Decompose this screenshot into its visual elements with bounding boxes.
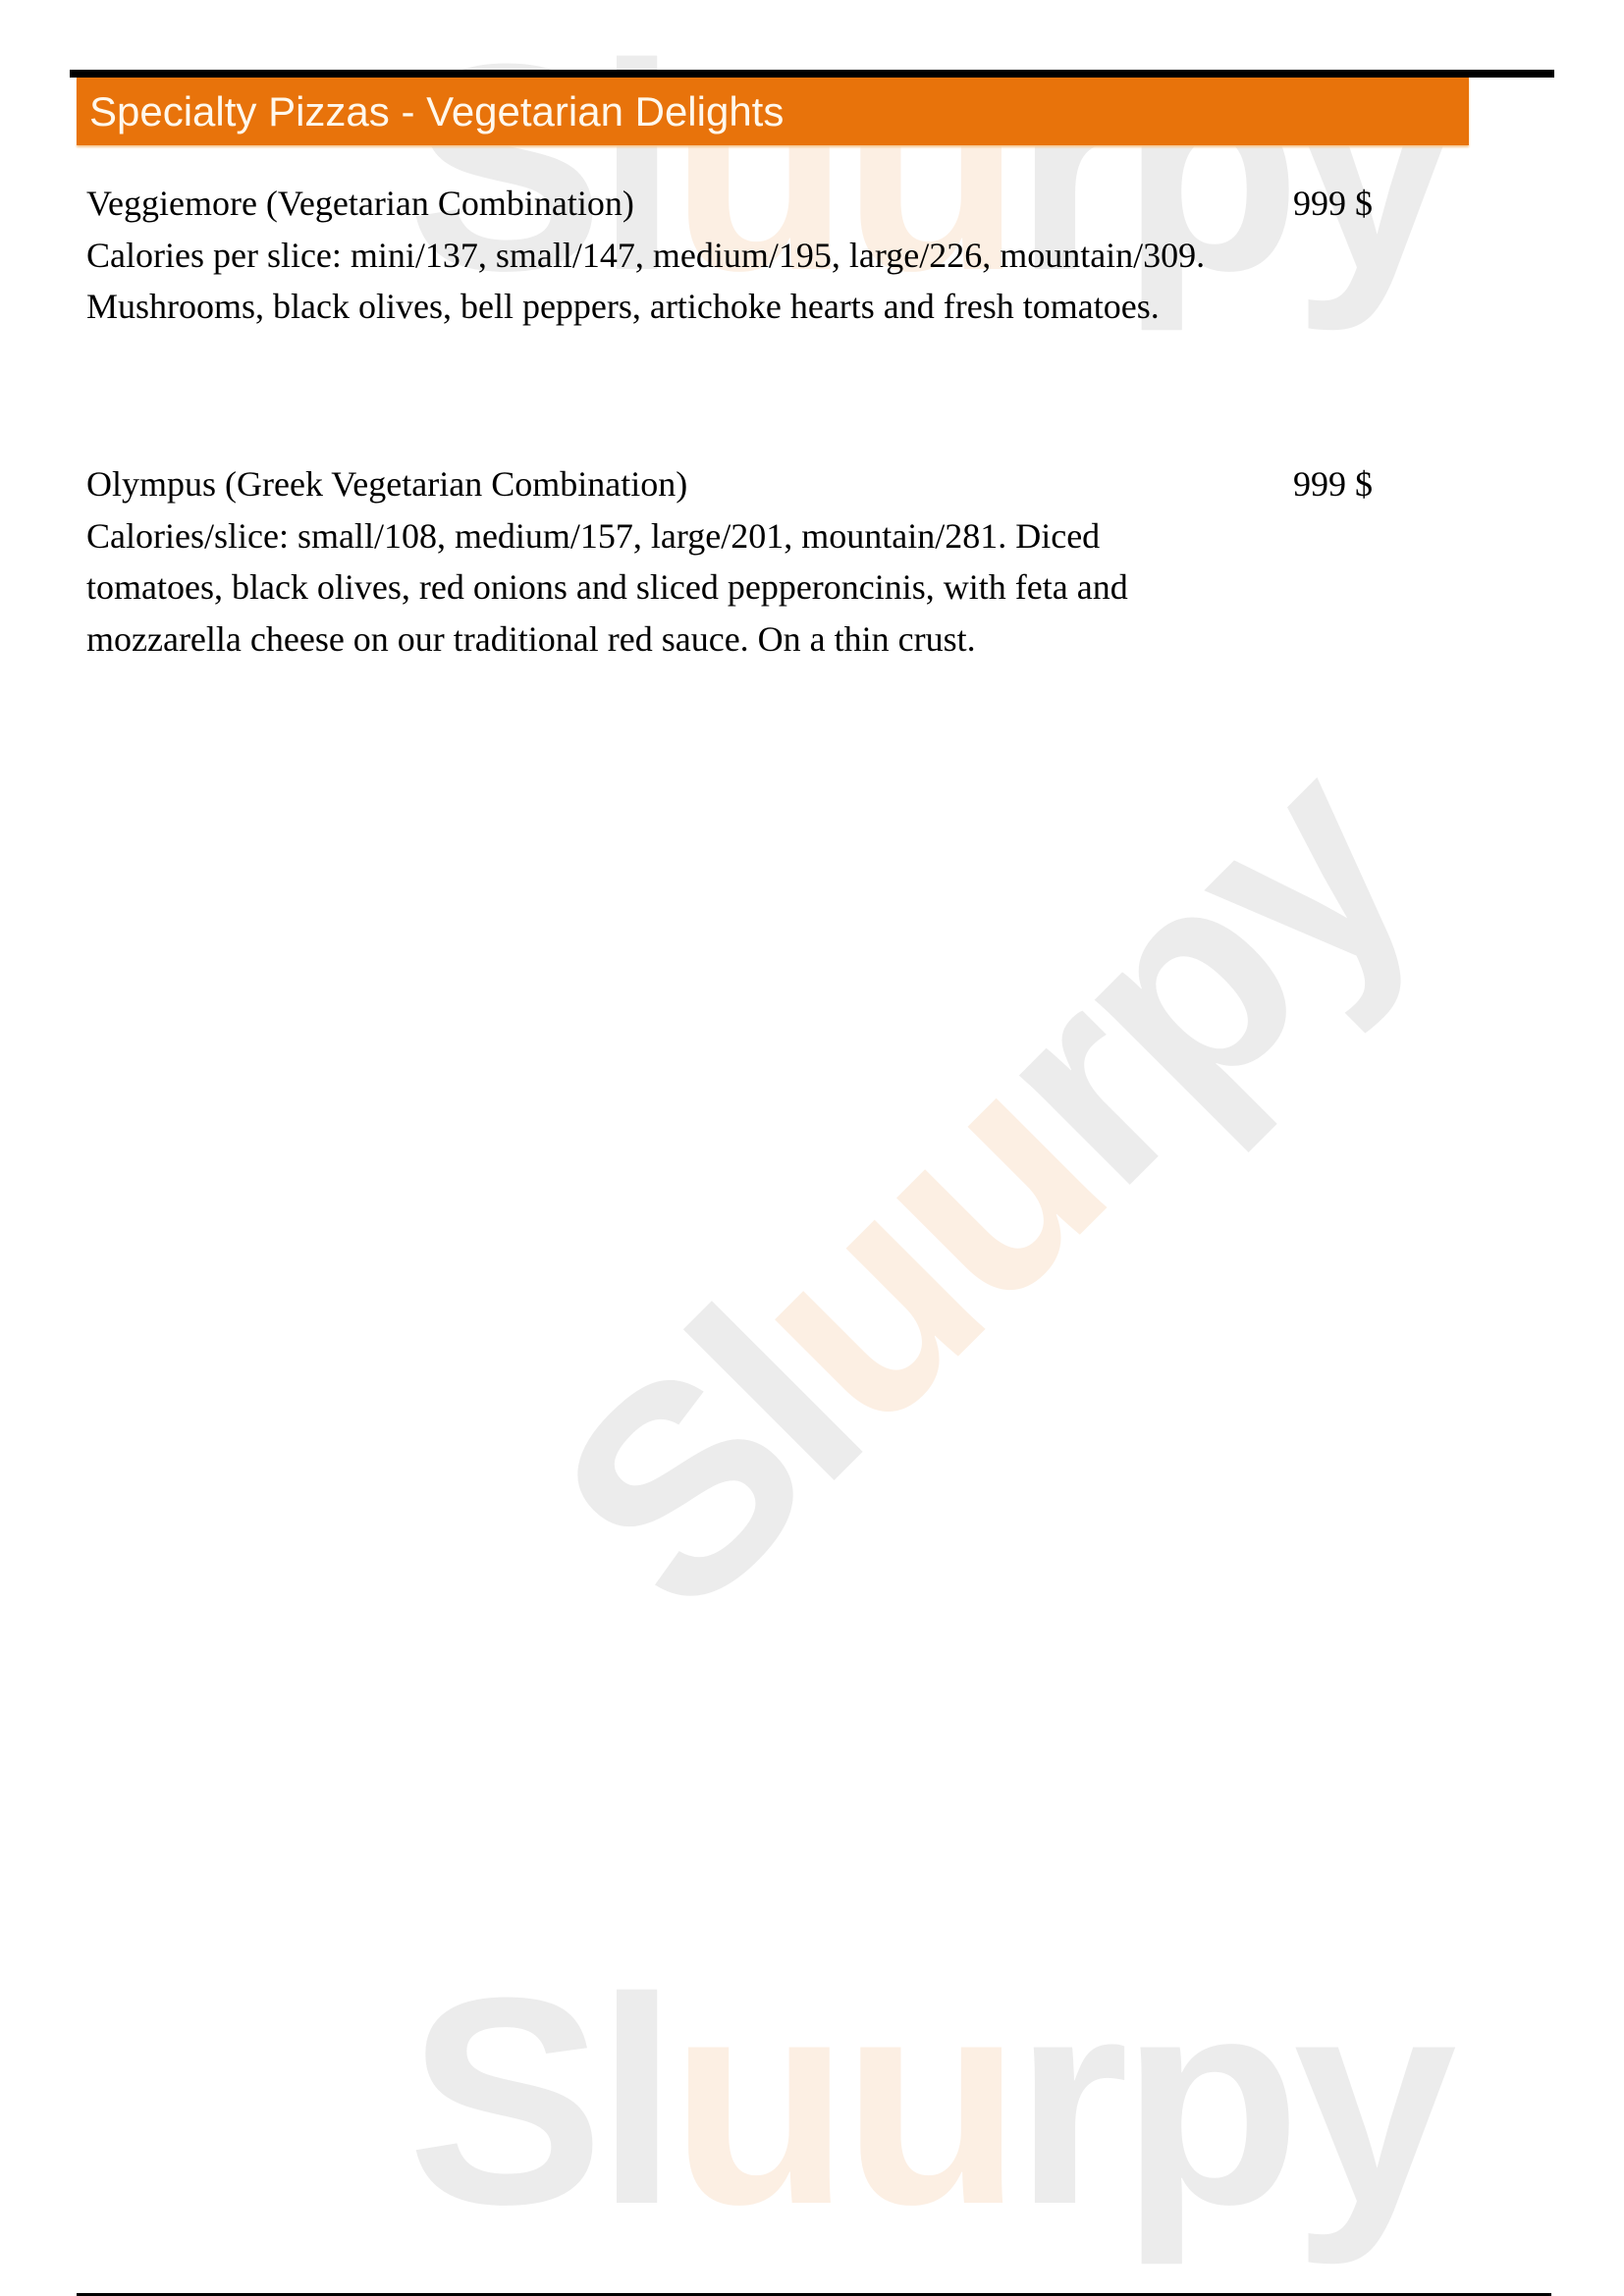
watermark-logo-middle: Sluurpy (510, 716, 1454, 1660)
menu-item-price: 999 $ (1293, 178, 1373, 230)
menu-item: Olympus (Greek Vegetarian Combination) C… (86, 458, 1363, 665)
menu-item-name: Olympus (Greek Vegetarian Combination) (86, 458, 1363, 510)
menu-item: Veggiemore (Vegetarian Combination) Calo… (86, 178, 1363, 333)
menu-item-description: Calories per slice: mini/137, small/147,… (86, 230, 1206, 333)
top-divider (70, 70, 1554, 78)
menu-item-description: Calories/slice: small/108, medium/157, l… (86, 510, 1206, 666)
menu-item-name: Veggiemore (Vegetarian Combination) (86, 178, 1363, 230)
watermark-logo-bottom: Sluurpy (407, 1953, 1449, 2248)
menu-item-price: 999 $ (1293, 458, 1373, 510)
section-title: Specialty Pizzas - Vegetarian Delights (89, 86, 784, 137)
section-header: Specialty Pizzas - Vegetarian Delights (77, 78, 1469, 145)
